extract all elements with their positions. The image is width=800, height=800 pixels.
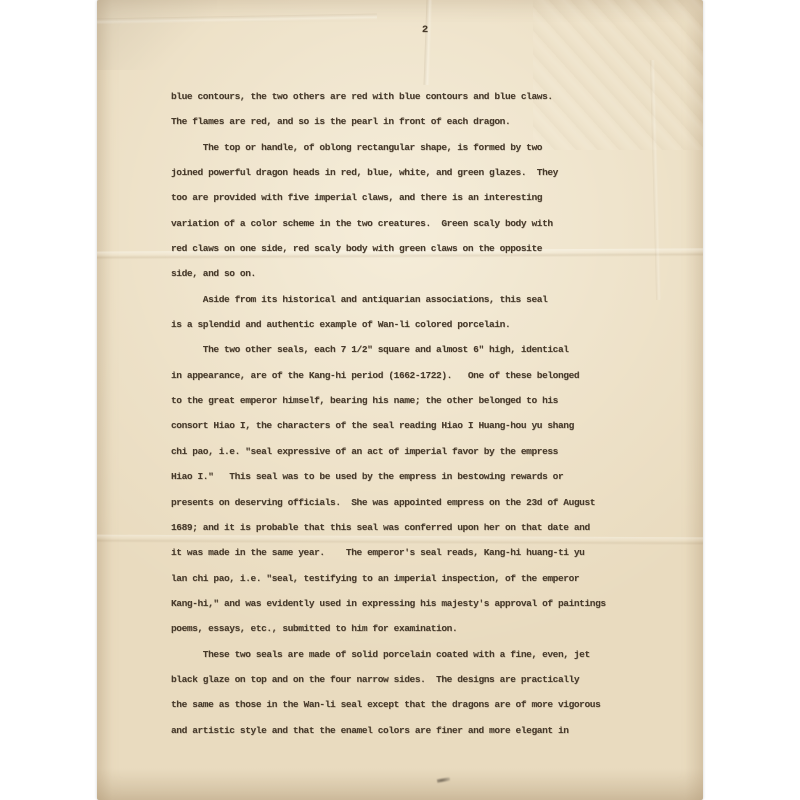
text-line: it was made in the same year. The empero… — [171, 540, 671, 565]
text-line: too are provided with five imperial claw… — [171, 185, 671, 210]
text-line: blue contours, the two others are red wi… — [171, 84, 671, 109]
text-line: and artistic style and that the enamel c… — [171, 718, 671, 743]
text-line: Kang-hi," and was evidently used in expr… — [171, 591, 671, 616]
text-line: Hiao I." This seal was to be used by the… — [171, 464, 671, 489]
text-line: consort Hiao I, the characters of the se… — [171, 413, 671, 438]
text-line: variation of a color scheme in the two c… — [171, 211, 671, 236]
text-line: The flames are red, and so is the pearl … — [171, 109, 671, 134]
text-line: black glaze on top and on the four narro… — [171, 667, 671, 692]
scanned-document-photo: 2 blue contours, the two others are red … — [0, 0, 800, 800]
text-line: poems, essays, etc., submitted to him fo… — [171, 616, 671, 641]
text-line: These two seals are made of solid porcel… — [171, 642, 671, 667]
text-line: The two other seals, each 7 1/2" square … — [171, 337, 671, 362]
typewritten-page: 2 blue contours, the two others are red … — [97, 0, 703, 800]
text-line: lan chi pao, i.e. "seal, testifying to a… — [171, 566, 671, 591]
text-line: joined powerful dragon heads in red, blu… — [171, 160, 671, 185]
typed-body-text: blue contours, the two others are red wi… — [171, 84, 671, 743]
corner-shading — [97, 0, 217, 70]
text-line: in appearance, are of the Kang-hi period… — [171, 363, 671, 388]
text-line: side, and so on. — [171, 261, 671, 286]
pencil-smudge-mark — [437, 777, 450, 783]
page-number: 2 — [415, 24, 435, 36]
text-line: is a splendid and authentic example of W… — [171, 312, 671, 337]
text-line: the same as those in the Wan-li seal exc… — [171, 692, 671, 717]
text-line: 1689; and it is probable that this seal … — [171, 515, 671, 540]
top-left-crease — [97, 14, 377, 25]
vertical-crease-top — [424, 0, 433, 85]
text-line: red claws on one side, red scaly body wi… — [171, 236, 671, 261]
text-line: chi pao, i.e. "seal expressive of an act… — [171, 439, 671, 464]
text-line: Aside from its historical and antiquaria… — [171, 287, 671, 312]
text-line: to the great emperor himself, bearing hi… — [171, 388, 671, 413]
text-line: presents on deserving officials. She was… — [171, 490, 671, 515]
text-line: The top or handle, of oblong rectangular… — [171, 135, 671, 160]
